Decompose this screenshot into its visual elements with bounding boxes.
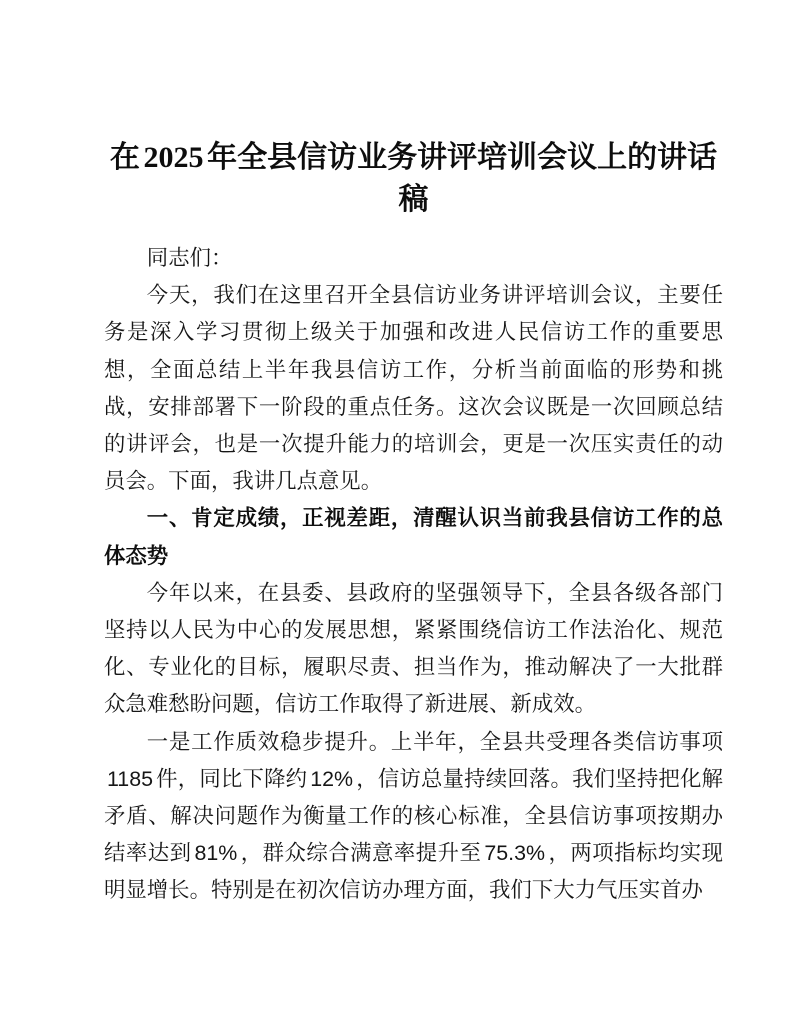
- text-run: ，群众综合满意率提升至: [240, 841, 481, 865]
- paragraph: 今年以来，在县委、县政府的坚强领导下，全县各级各部门坚持以人民为中心的发展思想，…: [104, 575, 723, 724]
- text-run: 同志们：: [147, 246, 233, 270]
- document-body: 同志们：今天，我们在这里召开全县信访业务讲评培训会议，主要任务是深入学习贯彻上级…: [104, 240, 723, 910]
- text-run: 今天，我们在这里召开全县信访业务讲评培训会议，主要任务是深入学习贯彻上级关于加强…: [104, 283, 723, 493]
- text-run: 在: [110, 141, 140, 174]
- text-run: 一、肯定成绩，正视差距，清醒认识当前我县信访工作的总体态势: [104, 506, 723, 567]
- text-run: 75.3%: [484, 841, 545, 865]
- text-run: 今年以来，在县委、县政府的坚强领导下，全县各级各部门坚持以人民为中心的发展思想，…: [104, 581, 723, 717]
- text-run: 1185: [107, 767, 153, 791]
- document-page: 在2025年全县信访业务讲评培训会议上的讲话稿 同志们：今天，我们在这里召开全县…: [0, 0, 800, 1035]
- text-run: 一是工作质效稳步提升。上半年，全县共受理各类信访事项: [147, 730, 723, 754]
- text-run: 年全县信访业务讲评培训会议上的讲话稿: [207, 141, 717, 216]
- text-run: 2025: [144, 141, 204, 174]
- paragraph: 一是工作质效稳步提升。上半年，全县共受理各类信访事项1185件，同比下降约12%…: [104, 724, 723, 910]
- paragraph: 同志们：: [104, 240, 723, 277]
- text-run: 件，同比下降约: [156, 767, 307, 791]
- text-run: 81%: [194, 841, 237, 865]
- section-heading: 一、肯定成绩，正视差距，清醒认识当前我县信访工作的总体态势: [104, 500, 723, 574]
- document-title: 在2025年全县信访业务讲评培训会议上的讲话稿: [104, 137, 723, 221]
- paragraph: 今天，我们在这里召开全县信访业务讲评培训会议，主要任务是深入学习贯彻上级关于加强…: [104, 277, 723, 500]
- text-run: 12%: [310, 767, 353, 791]
